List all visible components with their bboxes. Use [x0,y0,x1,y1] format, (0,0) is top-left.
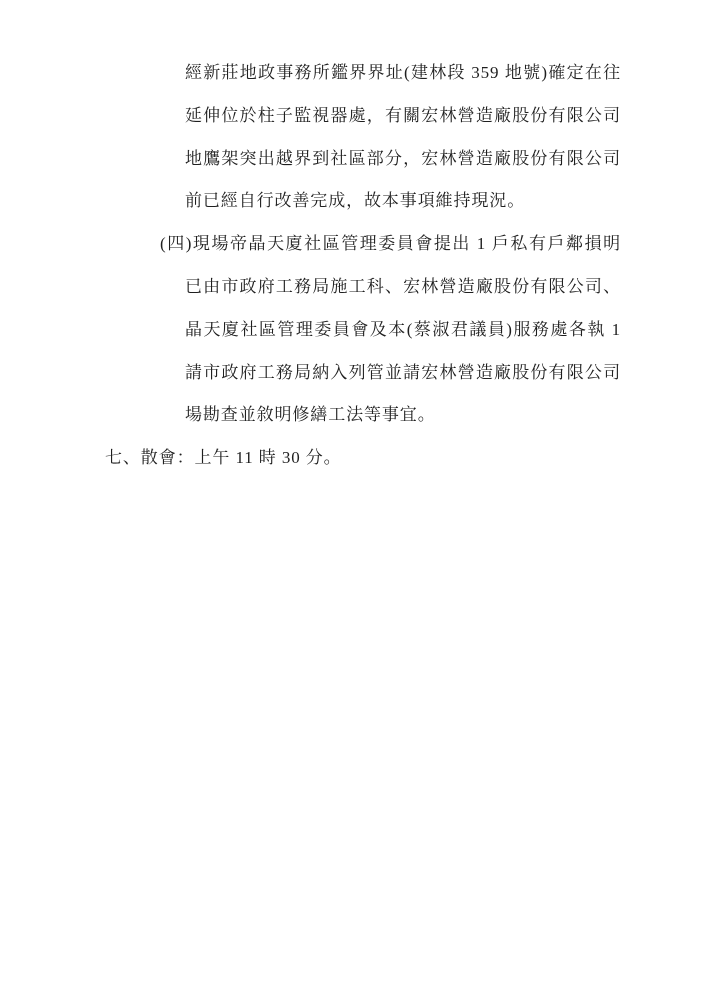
document-page: 經新莊地政事務所鑑界界址(建林段 359 地號)確定在往後 延伸位於柱子監視器處… [0,0,707,1000]
item-four-line-last: 場勘查並敘明修繕工法等事宜。 [185,394,621,437]
item-four-line: 晶天廈社區管理委員會及本(蔡淑君議員)服務處各執 1 份， [185,309,621,352]
paragraph-line: 地鷹架突出越界到社區部分，宏林營造廠股份有限公司事 [185,138,621,181]
paragraph-line-last: 前已經自行改善完成，故本事項維持現況。 [185,180,621,223]
item-four-line: 請市政府工務局納入列管並請宏林營造廠股份有限公司現 [185,352,621,395]
item-four-first-line: (四)現場帝晶天廈社區管理委員會提出 1 戶私有戶鄰損明細表 [160,223,621,266]
closing-line: 七、散會：上午 11 時 30 分。 [105,437,622,480]
item-four-text: 現場帝晶天廈社區管理委員會提出 1 戶私有戶鄰損明細表 [160,234,621,266]
paragraph-line: 延伸位於柱子監視器處，有關宏林營造廠股份有限公司工 [185,95,621,138]
paragraph-line: 經新莊地政事務所鑑界界址(建林段 359 地號)確定在往後 [185,52,621,95]
item-four-line: 已由市政府工務局施工科、宏林營造廠股份有限公司、帝 [185,266,621,309]
meeting-minutes-body: 經新莊地政事務所鑑界界址(建林段 359 地號)確定在往後 延伸位於柱子監視器處… [105,52,622,480]
item-four-label: (四) [160,234,192,253]
